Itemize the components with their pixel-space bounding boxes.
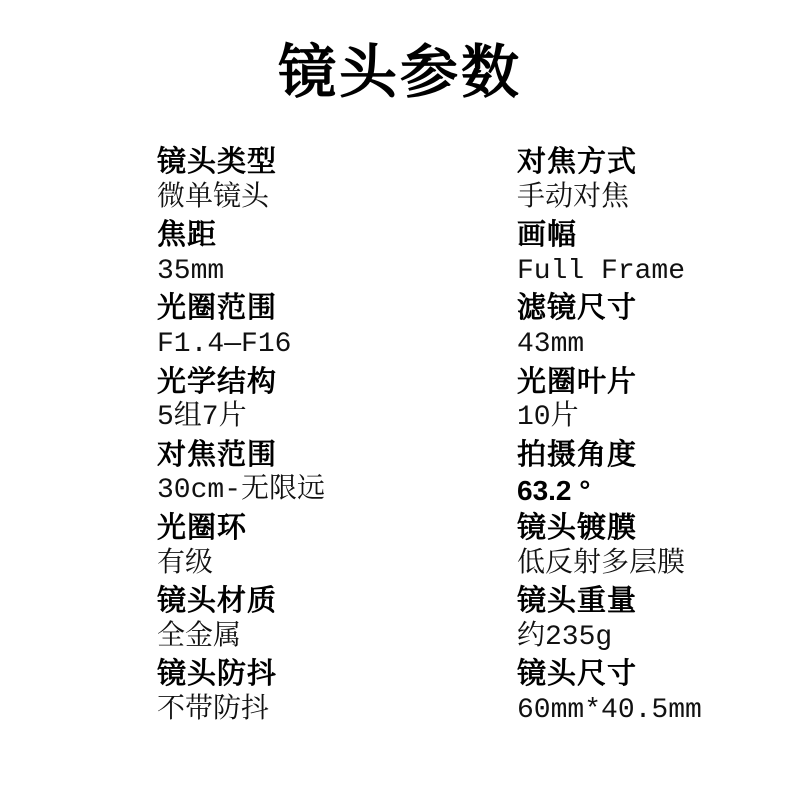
spec-row: 画幅 Full Frame [517,217,797,290]
spec-value: 低反射多层膜 [517,547,797,584]
spec-label: 镜头尺寸 [517,656,797,693]
spec-value: 微单镜头 [157,181,517,218]
spec-row: 镜头重量 约235g [517,583,797,656]
spec-row: 焦距 35mm [157,217,517,290]
spec-row: 光圈环 有级 [157,510,517,583]
spec-row: 拍摄角度 63.2 ° [517,437,797,510]
spec-value: 10片 [517,400,797,437]
spec-row: 对焦范围 30cm-无限远 [157,437,517,510]
spec-row: 镜头镀膜 低反射多层膜 [517,510,797,583]
spec-value: 全金属 [157,620,517,657]
spec-row: 镜头材质 全金属 [157,583,517,656]
spec-label: 镜头镀膜 [517,510,797,547]
spec-label: 拍摄角度 [517,437,797,474]
spec-row: 光圈范围 F1.4—F16 [157,290,517,363]
spec-label: 光学结构 [157,364,517,401]
spec-value: Full Frame [517,254,797,291]
spec-row: 滤镜尺寸 43mm [517,290,797,363]
spec-value: 约235g [517,620,797,657]
spec-label: 镜头材质 [157,583,517,620]
spec-value: 35mm [157,254,517,291]
spec-label: 光圈叶片 [517,364,797,401]
spec-value: 43mm [517,327,797,364]
spec-label: 镜头类型 [157,144,517,181]
spec-column-right: 对焦方式 手动对焦 画幅 Full Frame 滤镜尺寸 43mm 光圈叶片 1… [517,144,797,730]
spec-columns: 镜头类型 微单镜头 焦距 35mm 光圈范围 F1.4—F16 光学结构 5组7… [0,144,800,730]
spec-value: 60mm*40.5mm [517,693,797,730]
spec-value: 63.2 ° [517,473,797,510]
spec-column-left: 镜头类型 微单镜头 焦距 35mm 光圈范围 F1.4—F16 光学结构 5组7… [157,144,517,730]
spec-label: 镜头重量 [517,583,797,620]
spec-value: 5组7片 [157,400,517,437]
spec-row: 镜头防抖 不带防抖 [157,656,517,729]
spec-row: 光学结构 5组7片 [157,364,517,437]
spec-row: 镜头类型 微单镜头 [157,144,517,217]
page-title: 镜头参数 [0,0,800,104]
spec-value: F1.4—F16 [157,327,517,364]
spec-row: 光圈叶片 10片 [517,364,797,437]
spec-label: 光圈环 [157,510,517,547]
spec-value: 30cm-无限远 [157,473,517,510]
spec-row: 镜头尺寸 60mm*40.5mm [517,656,797,729]
spec-label: 镜头防抖 [157,656,517,693]
spec-label: 画幅 [517,217,797,254]
spec-value: 不带防抖 [157,693,517,730]
spec-label: 滤镜尺寸 [517,290,797,327]
spec-label: 焦距 [157,217,517,254]
spec-value: 手动对焦 [517,181,797,218]
spec-label: 对焦范围 [157,437,517,474]
spec-row: 对焦方式 手动对焦 [517,144,797,217]
spec-label: 对焦方式 [517,144,797,181]
lens-spec-page: 镜头参数 镜头类型 微单镜头 焦距 35mm 光圈范围 F1.4—F16 光学结… [0,0,800,800]
spec-label: 光圈范围 [157,290,517,327]
spec-value: 有级 [157,547,517,584]
